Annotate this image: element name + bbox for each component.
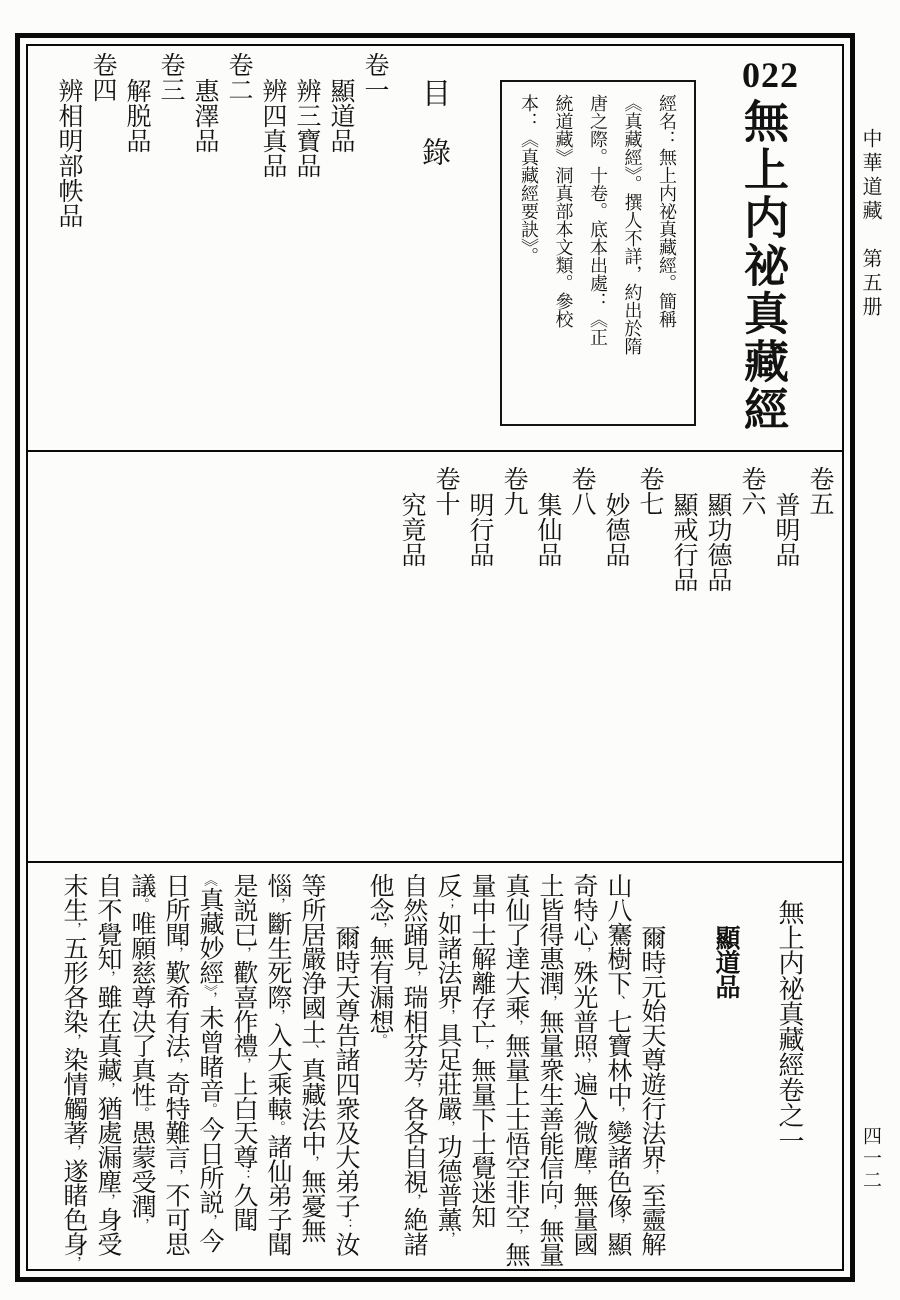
toc-entry-juan: 卷九 <box>496 466 530 766</box>
serial-number: 022 <box>742 54 799 96</box>
punctuation: ， <box>406 1193 421 1207</box>
punctuation: ， <box>542 1204 557 1218</box>
body-line: 反；如諸法界，具足莊嚴，功德普薰， <box>430 873 464 1271</box>
punctuation: ： <box>236 1169 251 1183</box>
punctuation: ， <box>406 1082 421 1096</box>
toc-entry-pin: 辨相明部帙品 <box>51 52 85 444</box>
body-line: 自不覺知，雖在真藏，猶處漏塵，身受 <box>90 873 124 1271</box>
toc-entry-pin: 辨三寶品 <box>289 52 323 444</box>
page-number: 四一二 <box>857 1126 884 1236</box>
punctuation: ， <box>508 1228 523 1242</box>
toc-entry-pin: 妙德品 <box>598 466 632 766</box>
toc-entry-pin: 顯功德品 <box>700 466 734 766</box>
toc-entry-juan: 卷八 <box>564 466 598 766</box>
punctuation: ， <box>66 1145 81 1159</box>
colophon-line: 本：《真藏經要訣》。 <box>512 94 547 412</box>
body-line: 是説已，歡喜作禮，上白天尊：久聞 <box>226 873 260 1271</box>
punctuation: ， <box>610 1106 625 1120</box>
body-text: 無上内祕真藏經卷之一顯道品爾時元始天尊遊行法界，至靈解山八騫樹下、七寶林中，變諸… <box>56 873 806 1271</box>
body-line: 自然踊見，瑞相芬芳，各各自視，絶諸 <box>396 873 430 1271</box>
toc-entry-pin: 惠澤品 <box>187 52 221 444</box>
toc-entry-juan: 卷一 <box>357 52 391 444</box>
punctuation: ， <box>372 922 387 936</box>
toc-entry-pin: 顯道品 <box>323 52 357 444</box>
punctuation: ， <box>440 1120 455 1134</box>
punctuation: ， <box>508 1019 523 1033</box>
punctuation: ， <box>576 1169 591 1183</box>
punctuation: ， <box>270 1009 285 1023</box>
toc-entry-pin: 普明品 <box>768 466 802 766</box>
punctuation: 。 <box>134 897 149 911</box>
punctuation: 。 <box>270 1120 285 1134</box>
toc-entry-pin: 集仙品 <box>530 466 564 766</box>
body-line: 奇特心，殊光普照，遍入微塵，無量國 <box>566 873 600 1271</box>
colophon-line: 《真藏經》。撰人不詳，約出於隋 <box>615 94 650 412</box>
toc-title: 目錄 <box>415 52 453 444</box>
punctuation: ， <box>66 922 81 936</box>
toc-part2: 卷五普明品卷六顯功德品顯戒行品卷七妙德品卷八集仙品卷九明行品卷十究竟品 <box>394 466 836 766</box>
body-line: 日所聞，歎希有法，奇特難言，不可思 <box>158 873 192 1271</box>
punctuation: ， <box>236 946 251 960</box>
punctuation: ， <box>474 1044 489 1058</box>
toc-part1: 目錄 卷一顯道品辨三寶品辨四真品卷二惠澤品卷三解脱品卷四辨相明部帙品 <box>51 52 453 444</box>
punctuation: ， <box>576 1058 591 1072</box>
punctuation: ， <box>168 1169 183 1183</box>
body-line: 真仙了達大乘，無量上士悟空非空，無 <box>498 873 532 1271</box>
colophon-line: 經名：無上内祕真藏經。簡稱 <box>650 94 685 412</box>
toc-entry-pin: 究竟品 <box>394 466 428 766</box>
body-line: 議。唯願慈尊决了真性。愚蒙受潤， <box>124 873 158 1271</box>
body-line: 等所居嚴浄國土、真藏法中，無憂無 <box>294 873 328 1271</box>
punctuation: ， <box>644 1169 659 1183</box>
punctuation: ， <box>100 971 115 985</box>
edition-margin-label: 中華道藏 第五册 <box>856 128 885 368</box>
punctuation: ， <box>440 1232 455 1246</box>
punctuation: ， <box>542 995 557 1009</box>
punctuation: ， <box>168 946 183 960</box>
page-border-inner: 022 無上内祕真藏經 經名：無上内祕真藏經。簡稱《真藏經》。撰人不詳，約出於隋… <box>26 44 844 1271</box>
colophon-box: 經名：無上内祕真藏經。簡稱《真藏經》。撰人不詳，約出於隋唐之際。十卷。底本出處：… <box>500 80 696 426</box>
punctuation: ： <box>338 1218 353 1232</box>
section-heading-line: 顯道品 <box>708 873 742 1271</box>
toc-entry-pin: 顯戒行品 <box>666 466 700 766</box>
book-title: 無上内祕真藏經 <box>730 98 794 498</box>
punctuation: 《 <box>202 873 217 887</box>
punctuation: ， <box>168 1058 183 1072</box>
punctuation: ； <box>440 897 455 911</box>
body-line: 爾時天尊告諸四衆及大弟子：汝 <box>328 873 362 1271</box>
scanned-canon-page: 中華道藏 第五册 四一二 022 無上内祕真藏經 經名：無上内祕真藏經。簡稱《真… <box>0 0 900 1300</box>
page-border-outer: 022 無上内祕真藏經 經名：無上内祕真藏經。簡稱《真藏經》。撰人不詳，約出於隋… <box>15 33 855 1282</box>
body-line: 他念，無有漏想。 <box>362 873 396 1271</box>
toc-entry-pin: 明行品 <box>462 466 496 766</box>
toc-entry-juan: 卷五 <box>802 466 836 766</box>
punctuation: 、 <box>304 1044 319 1058</box>
punctuation: 、 <box>610 995 625 1009</box>
punctuation: ， <box>406 971 421 985</box>
colophon-line: 統道藏》洞真部本文類。參校 <box>546 94 581 412</box>
punctuation: ， <box>576 946 591 960</box>
colophon-line: 唐之際。十卷。底本出處：《正 <box>581 94 616 412</box>
punctuation: ， <box>610 1218 625 1232</box>
body-line: 量中士解離存亡，無量下士覺迷知 <box>464 873 498 1271</box>
body-line: 末生，五形各染，染情觸著，遂睹色身， <box>56 873 90 1271</box>
chapter-title-line: 無上内祕真藏經卷之一 <box>772 873 806 1271</box>
punctuation: ， <box>134 1218 149 1232</box>
body-line: 爾時元始天尊遊行法界，至靈解 <box>634 873 668 1271</box>
toc-entry-juan: 卷四 <box>85 52 119 444</box>
punctuation: ， <box>202 1214 217 1228</box>
toc-entry-juan: 卷十 <box>428 466 462 766</box>
body-line: 土皆得惠潤，無量衆生善能信向，無量 <box>532 873 566 1271</box>
punctuation: 。 <box>372 1033 387 1047</box>
toc-entry-juan: 卷三 <box>153 52 187 444</box>
divider-middle <box>28 861 842 863</box>
punctuation: ， <box>440 1009 455 1023</box>
punctuation: ， <box>236 1058 251 1072</box>
punctuation: ， <box>202 991 217 1005</box>
punctuation: ， <box>304 1155 319 1169</box>
punctuation: ， <box>66 1033 81 1047</box>
divider-top <box>28 450 842 452</box>
punctuation: ， <box>270 897 285 911</box>
punctuation: ， <box>100 1082 115 1096</box>
body-line: 《真藏妙經》，未曾睹音。今日所説，今 <box>192 873 226 1271</box>
toc-entry-juan: 卷二 <box>221 52 255 444</box>
toc-entry-pin: 辨四真品 <box>255 52 289 444</box>
body-line: 山八騫樹下、七寶林中，變諸色像，顯 <box>600 873 634 1271</box>
toc-entry-pin: 解脱品 <box>119 52 153 444</box>
body-line: 惱，斷生死際，入大乘轅。諸仙弟子聞 <box>260 873 294 1271</box>
toc-entry-juan: 卷七 <box>632 466 666 766</box>
punctuation: ， <box>100 1193 115 1207</box>
punctuation: ， <box>66 1256 81 1270</box>
punctuation: 。 <box>202 1103 217 1117</box>
toc-entry-juan: 卷六 <box>734 466 768 766</box>
punctuation: 。 <box>134 1106 149 1120</box>
